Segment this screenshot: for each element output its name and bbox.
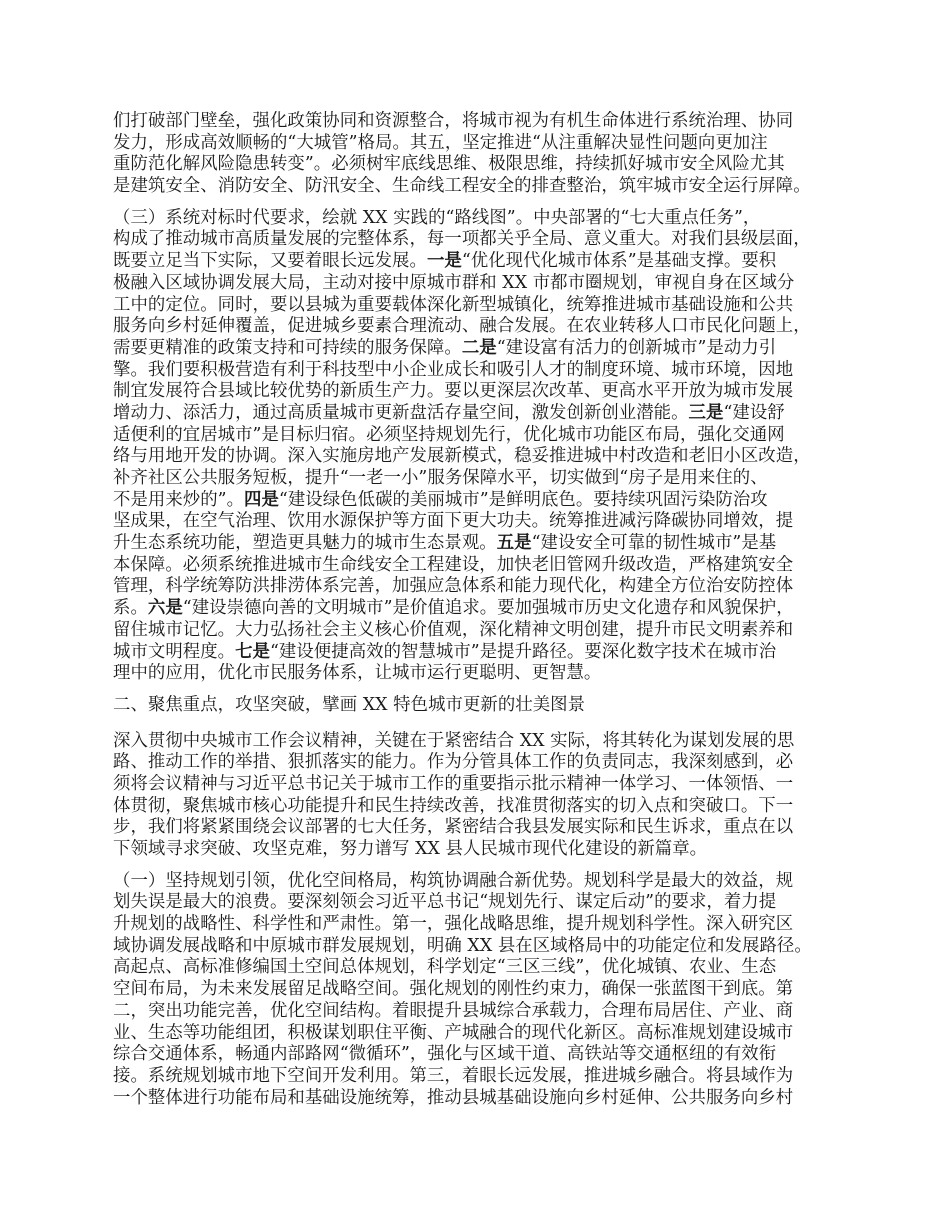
text-run: “建设绿色低碳的美丽城市”是鲜明底色。要持续巩固污染防治攻 [279,490,768,510]
text-line: 空间布局，为未来发展留足战略空间。强化规划的刚性约束力，确保一张蓝图干到底。第 [113,979,853,1001]
text-line: 坚成果，在空气治理、饮用水源保护等方面下更大功夫。统筹推进减污降碳协同增效，提 [113,511,853,533]
text-run: 极融入区域协调发展大局，主动对接中原城市群和 XX 市都市圈规划，审视自身在区域… [113,273,794,293]
text-line: 业、生态等功能组团，积极谋划职住平衡、产城融合的现代化新区。高标准规划建设城市 [113,1023,853,1045]
text-run: 路、推动工作的举措、狠抓落实的能力。作为分管具体工作的负责同志，我深刻感到，必 [113,752,793,772]
text-line: （三）系统对标时代要求，绘就 XX 实践的“路线图”。中央部署的“七大重点任务”… [113,208,853,230]
text-line: 服务向乡村延伸覆盖，促进城乡要素合理流动、融合发展。在农业转移人口市民化问题上， [113,316,853,338]
text-line: 们打破部门壁垒，强化政策协同和资源整合，将城市视为有机生命体进行系统治理、协同 [113,111,853,133]
text-line: 体贯彻，聚焦城市核心功能提升和民生持续改善，找准贯彻落实的切入点和突破口。下一 [113,796,853,818]
text-run: 制宜发展符合县域比较优势的新质生产力。要以更深层次改革、更高水平开放为城市发展 [113,381,793,401]
text-line: 既要立足当下实际，又要着眼长远发展。一是“优化现代化城市体系”是基础支撑。要积 [113,251,853,273]
text-run: （一）坚持规划引领，优化空间格局，构筑协调融合新优势。规划科学是最大的效益，规 [113,871,793,891]
text-line: 一个整体进行功能布局和基础设施统筹，推动县城基础设施向乡村延伸、公共服务向乡村 [113,1088,853,1110]
text-line: 留住城市记忆。大力弘扬社会主义核心价值观，深化精神文明创建，提升市民文明素养和 [113,620,853,642]
text-run: “优化现代化城市体系”是基础支撑。要积 [462,251,776,271]
text-line: 高起点、高标准修编国土空间总体规划，科学划定“三区三线”，优化城镇、农业、生态 [113,957,853,979]
text-line: 路、推动工作的举措、狠抓落实的能力。作为分管具体工作的负责同志，我深刻感到，必 [113,752,853,774]
bold-lead: 一是 [427,251,462,271]
text-line: 下领域寻求突破、攻坚克难，努力谱写 XX 县人民城市现代化建设的新篇章。 [113,839,853,861]
p-section-3: （三）系统对标时代要求，绘就 XX 实践的“路线图”。中央部署的“七大重点任务”… [113,208,853,685]
text-run: 适便利的宜居城市”是目标归宿。必须坚持规划先行，优化城市功能区布局，强化交通网 [113,425,785,445]
text-run: 不是用来炒的”。 [113,490,244,510]
text-run: 步，我们将紧紧围绕会议部署的七大任务，紧密结合我县发展实际和民生诉求，重点在以 [113,817,793,837]
text-run: 下领域寻求突破、攻坚克难，努力谱写 XX 县人民城市现代化建设的新篇章。 [113,839,707,859]
text-run: 二，突出功能完善，优化空间结构。着眼提升县城综合承载力，合理布局居住、产业、商 [113,1001,793,1021]
document-page: 们打破部门壁垒，强化政策协同和资源整合，将城市视为有机生命体进行系统治理、协同发… [113,111,853,1119]
text-run: 划失误是最大的浪费。要深刻领会习近平总书记“规划先行、谋定后动”的要求，着力提 [113,892,776,912]
text-run: 络与用地开发的协调。深入实施房地产发展新模式，稳妥推进城中村改造和老旧小区改造， [113,446,811,466]
text-run: 本保障。必须系统推进城市生命线安全工程建设，加快老旧管网升级改造，严格建筑安全 [113,555,793,575]
text-line: 理中的应用，优化市民服务体系，让城市运行更聪明、更智慧。 [113,663,853,685]
text-line: 划失误是最大的浪费。要深刻领会习近平总书记“规划先行、谋定后动”的要求，着力提 [113,892,853,914]
text-line: 二，突出功能完善，优化空间结构。着眼提升县城综合承载力，合理布局居住、产业、商 [113,1001,853,1023]
text-line: 是建筑安全、消防安全、防汛安全、生命线工程安全的排查整治，筑牢城市安全运行屏障。 [113,176,853,198]
text-run: 们打破部门壁垒，强化政策协同和资源整合，将城市视为有机生命体进行系统治理、协同 [113,111,793,131]
bold-lead: 六是 [148,598,183,618]
text-run: 综合交通体系，畅通内部路网“微循环”，强化与区域干道、高铁站等交通枢纽的有效衔 [113,1044,776,1064]
text-run: 服务向乡村延伸覆盖，促进城乡要素合理流动、融合发展。在农业转移人口市民化问题上， [113,316,811,336]
section-heading: 二、聚焦重点，攻坚突破，擘画 XX 特色城市更新的壮美图景 [113,695,853,717]
text-line: 综合交通体系，畅通内部路网“微循环”，强化与区域干道、高铁站等交通枢纽的有效衔 [113,1044,853,1066]
text-run: 需要更精准的政策支持和可持续的服务保障。 [113,338,462,358]
text-run: 既要立足当下实际，又要着眼长远发展。 [113,251,427,271]
text-run: 坚成果，在空气治理、饮用水源保护等方面下更大功夫。统筹推进减污降碳协同增效，提 [113,511,793,531]
bold-lead: 二是 [462,338,497,358]
bold-lead: 三是 [689,403,724,423]
text-run: 接。系统规划城市地下空间开发利用。第三，着眼长远发展，推进城乡融合。将县域作为 [113,1066,793,1086]
bold-lead: 四是 [244,490,279,510]
text-run: 城市文明程度。 [113,642,235,662]
text-line: 发力，形成高效顺畅的“大城管”格局。其五，坚定推进“从注重解决显性问题向更加注 [113,133,853,155]
text-line: 步，我们将紧紧围绕会议部署的七大任务，紧密结合我县发展实际和民生诉求，重点在以 [113,817,853,839]
text-line: 适便利的宜居城市”是目标归宿。必须坚持规划先行，优化城市功能区布局，强化交通网 [113,425,853,447]
text-run: 一个整体进行功能布局和基础设施统筹，推动县城基础设施向乡村延伸、公共服务向乡村 [113,1088,793,1108]
text-line: 城市文明程度。七是“建设便捷高效的智慧城市”是提升路径。要深化数字技术在城市治 [113,642,853,664]
text-run: 构成了推动城市高质量发展的完整体系，每一项都关乎全局、意义重大。对我们县级层面， [113,229,811,249]
text-line: 升生态系统功能，塑造更具魅力的城市生态景观。五是“建设安全可靠的韧性城市”是基 [113,533,853,555]
text-line: 升规划的战略性、科学性和严肃性。第一，强化战略思维，提升规划科学性。深入研究区 [113,914,853,936]
paragraphs-before-heading: 们打破部门壁垒，强化政策协同和资源整合，将城市视为有机生命体进行系统治理、协同发… [113,111,853,685]
text-line: 需要更精准的政策支持和可持续的服务保障。二是“建设富有活力的创新城市”是动力引 [113,338,853,360]
text-line: 接。系统规划城市地下空间开发利用。第三，着眼长远发展，推进城乡融合。将县域作为 [113,1066,853,1088]
text-line: 制宜发展符合县域比较优势的新质生产力。要以更深层次改革、更高水平开放为城市发展 [113,381,853,403]
text-line: 系。六是“建设崇德向善的文明城市”是价值追求。要加强城市历史文化遗存和风貌保护， [113,598,853,620]
text-run: 升规划的战略性、科学性和严肃性。第一，强化战略思维，提升规划科学性。深入研究区 [113,914,793,934]
text-line: 深入贯彻中央城市工作会议精神，关键在于紧密结合 XX 实际，将其转化为谋划发展的… [113,731,853,753]
text-run: 管理，科学统筹防洪排涝体系完善，加强应急体系和能力现代化，构建全方位治安防控体 [113,576,793,596]
text-line: 络与用地开发的协调。深入实施房地产发展新模式，稳妥推进城中村改造和老旧小区改造， [113,446,853,468]
text-line: 补齐社区公共服务短板，提升“一老一小”服务保障水平，切实做到“房子是用来住的、 [113,468,853,490]
text-run: 升生态系统功能，塑造更具魅力的城市生态景观。 [113,533,497,553]
text-line: 构成了推动城市高质量发展的完整体系，每一项都关乎全局、意义重大。对我们县级层面， [113,229,853,251]
text-run: 重防范化解风险隐患转变”。必须树牢底线思维、极限思维，持续抓好城市安全风险尤其 [113,154,785,174]
text-run: “建设安全可靠的韧性城市”是基 [532,533,777,553]
text-line: 须将会议精神与习近平总书记关于城市工作的重要指示批示精神一体学习、一体领悟、一 [113,774,853,796]
text-run: 体贯彻，聚焦城市核心功能提升和民生持续改善，找准贯彻落实的切入点和突破口。下一 [113,796,793,816]
text-run: 业、生态等功能组团，积极谋划职住平衡、产城融合的现代化新区。高标准规划建设城市 [113,1023,793,1043]
paragraphs-after-heading: 深入贯彻中央城市工作会议精神，关键在于紧密结合 XX 实际，将其转化为谋划发展的… [113,731,853,1110]
text-run: 深入贯彻中央城市工作会议精神，关键在于紧密结合 XX 实际，将其转化为谋划发展的… [113,731,794,751]
text-run: 域协调发展战略和中原城市群发展规划，明确 XX 县在区域格局中的功能定位和发展路… [113,936,812,956]
p-continuation: 们打破部门壁垒，强化政策协同和资源整合，将城市视为有机生命体进行系统治理、协同发… [113,111,853,198]
text-run: 留住城市记忆。大力弘扬社会主义核心价值观，深化精神文明创建，提升市民文明素养和 [113,620,793,640]
text-run: 理中的应用，优化市民服务体系，让城市运行更聪明、更智慧。 [113,663,601,683]
p-section-1: （一）坚持规划引领，优化空间格局，构筑协调融合新优势。规划科学是最大的效益，规划… [113,871,853,1110]
text-run: “建设富有活力的创新城市”是动力引 [497,338,777,358]
text-line: 增动力、添活力，通过高质量城市更新盘活存量空间，激发创新创业潜能。三是“建设舒 [113,403,853,425]
bold-lead: 七是 [235,642,270,662]
heading-text: 二、聚焦重点，攻坚突破，擘画 XX 特色城市更新的壮美图景 [113,695,853,717]
bold-lead: 五是 [497,533,532,553]
text-run: “建设崇德向善的文明城市”是价值追求。要加强城市历史文化遗存和风貌保护， [183,598,794,618]
p-intro-2: 深入贯彻中央城市工作会议精神，关键在于紧密结合 XX 实际，将其转化为谋划发展的… [113,731,853,861]
text-run: （三）系统对标时代要求，绘就 XX 实践的“路线图”。中央部署的“七大重点任务”… [113,208,760,228]
text-run: 是建筑安全、消防安全、防汛安全、生命线工程安全的排查整治，筑牢城市安全运行屏障。 [113,176,811,196]
text-run: 须将会议精神与习近平总书记关于城市工作的重要指示批示精神一体学习、一体领悟、一 [113,774,793,794]
text-line: 擎。我们要积极营造有利于科技型中小企业成长和吸引人才的制度环境、城市环境，因地 [113,360,853,382]
text-line: 极融入区域协调发展大局，主动对接中原城市群和 XX 市都市圈规划，审视自身在区域… [113,273,853,295]
text-run: 补齐社区公共服务短板，提升“一老一小”服务保障水平，切实做到“房子是用来住的、 [113,468,768,488]
text-line: 本保障。必须系统推进城市生命线安全工程建设，加快老旧管网升级改造，严格建筑安全 [113,555,853,577]
text-line: 不是用来炒的”。四是“建设绿色低碳的美丽城市”是鲜明底色。要持续巩固污染防治攻 [113,490,853,512]
text-run: 空间布局，为未来发展留足战略空间。强化规划的刚性约束力，确保一张蓝图干到底。第 [113,979,793,999]
text-run: 系。 [113,598,148,618]
text-run: “建设舒 [723,403,784,423]
text-run: 工中的定位。同时，要以县城为重要载体深化新型城镇化，统筹推进城市基础设施和公共 [113,295,793,315]
text-run: 增动力、添活力，通过高质量城市更新盘活存量空间，激发创新创业潜能。 [113,403,689,423]
text-run: “建设便捷高效的智慧城市”是提升路径。要深化数字技术在城市治 [270,642,776,662]
text-run: 高起点、高标准修编国土空间总体规划，科学划定“三区三线”，优化城镇、农业、生态 [113,957,776,977]
text-line: 重防范化解风险隐患转变”。必须树牢底线思维、极限思维，持续抓好城市安全风险尤其 [113,154,853,176]
text-line: （一）坚持规划引领，优化空间格局，构筑协调融合新优势。规划科学是最大的效益，规 [113,871,853,893]
text-run: 擎。我们要积极营造有利于科技型中小企业成长和吸引人才的制度环境、城市环境，因地 [113,360,793,380]
text-line: 管理，科学统筹防洪排涝体系完善，加强应急体系和能力现代化，构建全方位治安防控体 [113,576,853,598]
text-line: 域协调发展战略和中原城市群发展规划，明确 XX 县在区域格局中的功能定位和发展路… [113,936,853,958]
text-run: 发力，形成高效顺畅的“大城管”格局。其五，坚定推进“从注重解决显性问题向更加注 [113,133,768,153]
text-line: 工中的定位。同时，要以县城为重要载体深化新型城镇化，统筹推进城市基础设施和公共 [113,295,853,317]
